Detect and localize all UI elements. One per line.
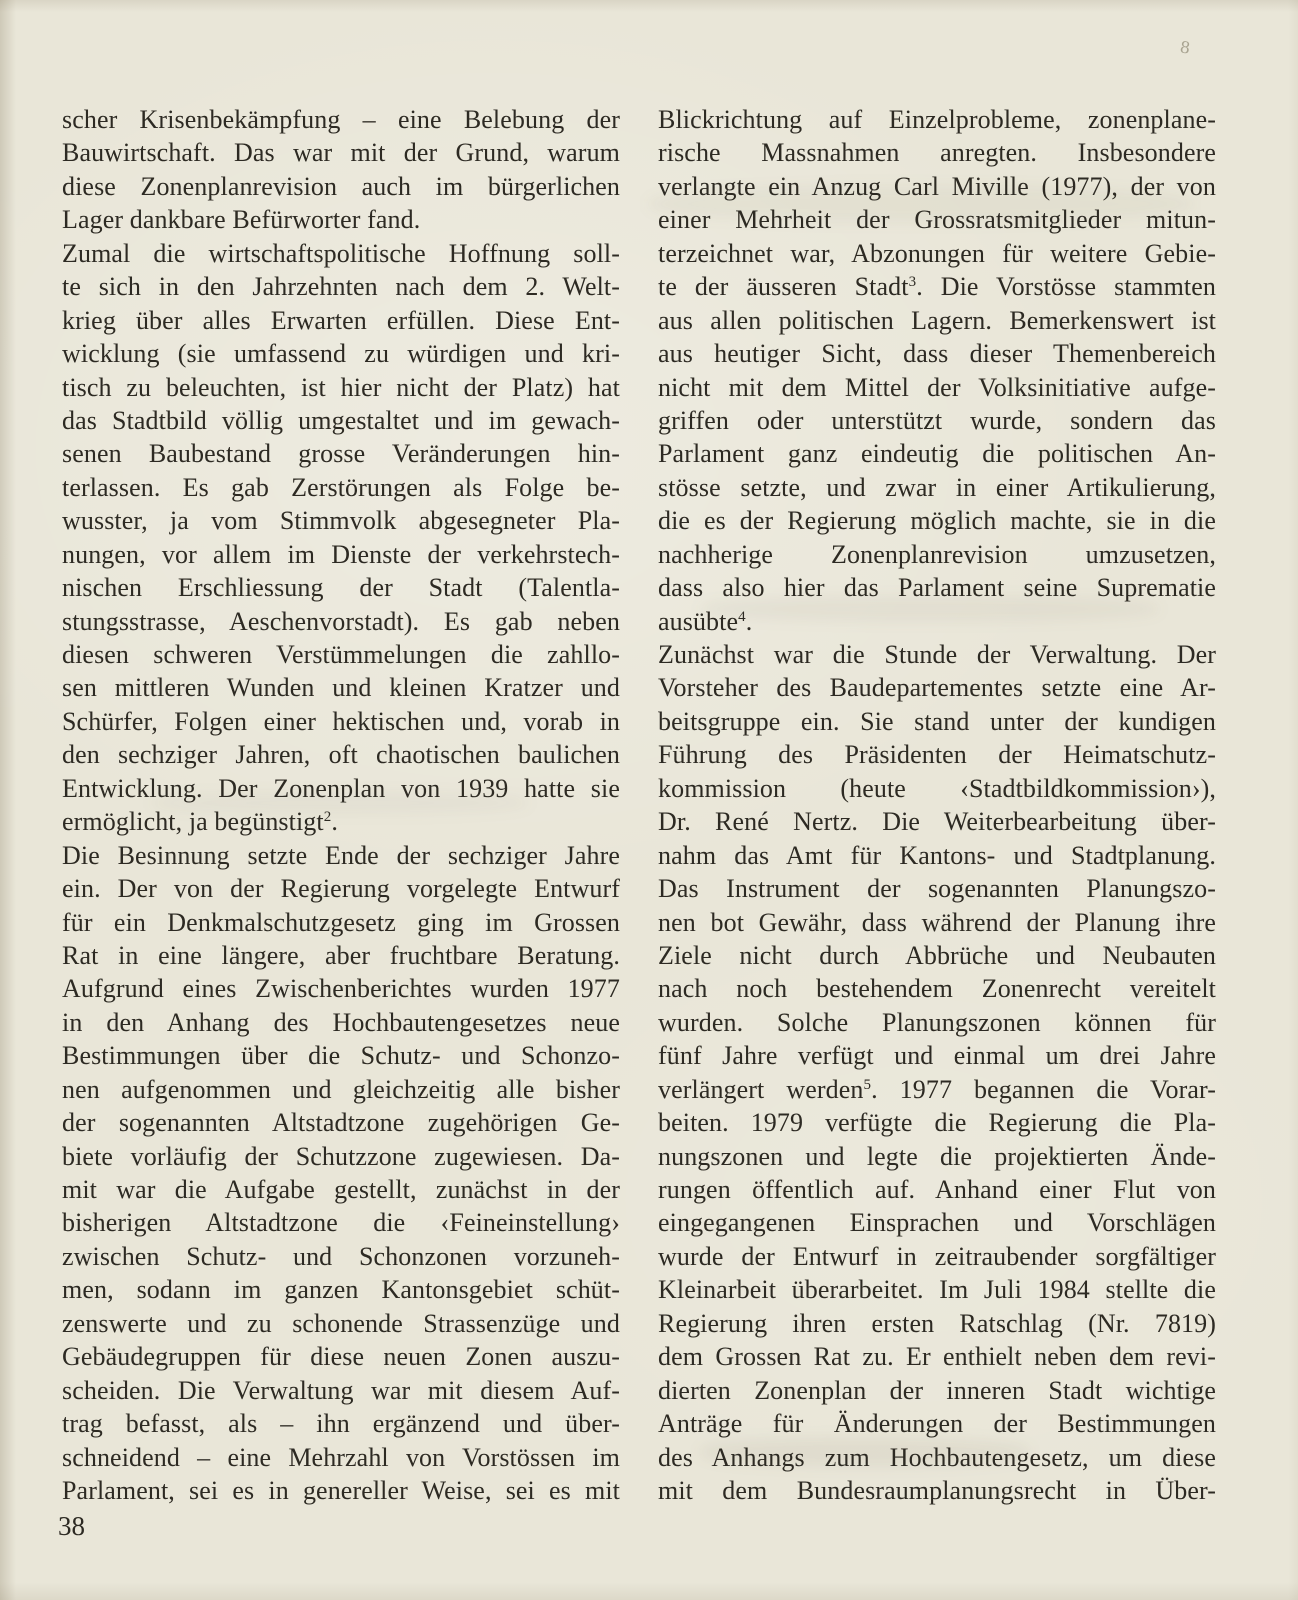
text-line: Gebäudegruppen für diese neuen Zonen aus…: [62, 1340, 620, 1373]
text-line: Entwicklung. Der Zonenplan von 1939 hatt…: [62, 772, 620, 805]
text-line: nungen, vor allem im Dienste der verkehr…: [62, 538, 620, 571]
text-line: schneidend – eine Mehrzahl von Vorstösse…: [62, 1441, 620, 1474]
footnote-marker: 2: [324, 809, 332, 825]
text-line: nahm das Amt für Kantons- und Stadtplanu…: [658, 839, 1216, 872]
text-line: Zumal die wirtschaftspolitische Hoffnung…: [62, 237, 620, 270]
text-line: aus allen politischen Lagern. Bemerkensw…: [658, 304, 1216, 337]
text-line: Bauwirtschaft. Das war mit der Grund, wa…: [62, 136, 620, 169]
text-line: Vorsteher des Baudepartementes setzte ei…: [658, 671, 1216, 704]
text-line: einer Mehrheit der Grossratsmitglieder m…: [658, 203, 1216, 236]
text-line: dem Grossen Rat zu. Er enthielt neben de…: [658, 1340, 1216, 1373]
text-column-left: scher Krisenbekämpfung – eine Belebung d…: [62, 103, 620, 1507]
text-line: Bestimmungen über die Schutz- und Schonz…: [62, 1039, 620, 1072]
text-line: fünf Jahre verfügt und einmal um drei Ja…: [658, 1039, 1216, 1072]
text-segment: . Die Vorstösse stammten: [916, 272, 1216, 301]
text-line: Kleinarbeit überarbeitet. Im Juli 1984 s…: [658, 1273, 1216, 1306]
text-line: Parlament ganz eindeutig die politischen…: [658, 437, 1216, 470]
text-line: griffen oder unterstützt wurde, sondern …: [658, 404, 1216, 437]
text-line: verlangte ein Anzug Carl Miville (1977),…: [658, 170, 1216, 203]
text-line: senen Baubestand grosse Veränderungen hi…: [62, 437, 620, 470]
text-line: Aufgrund eines Zwischenberichtes wurden …: [62, 972, 620, 1005]
text-line: kommission (heute ‹Stadtbildkommission›)…: [658, 772, 1216, 805]
text-line: wicklung (sie umfassend zu würdigen und …: [62, 337, 620, 370]
text-line: der sogenannten Altstadtzone zugehörigen…: [62, 1106, 620, 1139]
text-line: Parlament, sei es in genereller Weise, s…: [62, 1474, 620, 1507]
text-line: Führung des Präsidenten der Heimatschutz…: [658, 738, 1216, 771]
text-line: diesen schweren Verstümmelungen die zahl…: [62, 638, 620, 671]
text-line: biete vorläufig der Schutzzone zugewiese…: [62, 1140, 620, 1173]
text-line: trag befasst, als – ihn ergänzend und üb…: [62, 1407, 620, 1440]
text-line: terlassen. Es gab Zerstörungen als Folge…: [62, 471, 620, 504]
text-segment: ausübte: [658, 607, 738, 636]
text-line: den sechziger Jahren, oft chaotischen ba…: [62, 738, 620, 771]
text-line: scheiden. Die Verwaltung war mit diesem …: [62, 1374, 620, 1407]
text-line: rische Massnahmen anregten. Insbesondere: [658, 136, 1216, 169]
page-number: 38: [58, 1510, 85, 1543]
text-line: ausübte4.: [658, 605, 1216, 638]
text-line: nen bot Gewähr, dass während der Planung…: [658, 906, 1216, 939]
text-line: nach noch bestehendem Zonenrecht vereite…: [658, 972, 1216, 1005]
text-line: sen mittleren Wunden und kleinen Kratzer…: [62, 671, 620, 704]
text-line: nungszonen und legte die projektierten Ä…: [658, 1140, 1216, 1173]
text-line: die es der Regierung möglich machte, sie…: [658, 504, 1216, 537]
text-segment: . 1977 begannen die Vorar-: [871, 1075, 1216, 1104]
text-line: wurden. Solche Planungszonen können für: [658, 1006, 1216, 1039]
text-line: für ein Denkmalschutzgesetz ging im Gros…: [62, 906, 620, 939]
text-line: Regierung ihren ersten Ratschlag (Nr. 78…: [658, 1307, 1216, 1340]
footnote-marker: 5: [863, 1077, 871, 1093]
text-line: Blickrichtung auf Einzelprobleme, zonenp…: [658, 103, 1216, 136]
text-line: aus heutiger Sicht, dass dieser Themenbe…: [658, 337, 1216, 370]
text-line: Rat in eine längere, aber fruchtbare Ber…: [62, 939, 620, 972]
text-line: Zunächst war die Stunde der Verwaltung. …: [658, 638, 1216, 671]
text-line: Schürfer, Folgen einer hektischen und, v…: [62, 705, 620, 738]
text-line: dass also hier das Parlament seine Supre…: [658, 571, 1216, 604]
footnote-marker: 3: [909, 274, 917, 290]
text-line: Lager dankbare Befürworter fand.: [62, 203, 620, 236]
text-line: rungen öffentlich auf. Anhand einer Flut…: [658, 1173, 1216, 1206]
text-segment: ermöglicht, ja begünstigt: [62, 807, 324, 836]
text-line: Anträge für Änderungen der Bestimmungen: [658, 1407, 1216, 1440]
text-line: bisherigen Altstadtzone die ‹Feineinstel…: [62, 1206, 620, 1239]
text-column-right: Blickrichtung auf Einzelprobleme, zonenp…: [658, 103, 1216, 1507]
text-line: Das Instrument der sogenannten Planungsz…: [658, 872, 1216, 905]
text-line: stösse setzte, und zwar in einer Artikul…: [658, 471, 1216, 504]
text-block: scher Krisenbekämpfung – eine Belebung d…: [62, 103, 1216, 1507]
margin-pen-mark: 8: [1179, 37, 1192, 57]
text-line: te der äusseren Stadt3. Die Vorstösse st…: [658, 270, 1216, 303]
text-line: wurde der Entwurf in zeitraubender sorgf…: [658, 1240, 1216, 1273]
text-line: dierten Zonenplan der inneren Stadt wich…: [658, 1374, 1216, 1407]
text-line: zwischen Schutz- und Schonzonen vorzuneh…: [62, 1240, 620, 1273]
text-line: nen aufgenommen und gleichzeitig alle bi…: [62, 1073, 620, 1106]
text-line: des Anhangs zum Hochbautengesetz, um die…: [658, 1441, 1216, 1474]
text-line: Die Besinnung setzte Ende der sechziger …: [62, 839, 620, 872]
text-line: beitsgruppe ein. Sie stand unter der kun…: [658, 705, 1216, 738]
text-line: ein. Der von der Regierung vorgelegte En…: [62, 872, 620, 905]
text-line: scher Krisenbekämpfung – eine Belebung d…: [62, 103, 620, 136]
text-line: verlängert werden5. 1977 begannen die Vo…: [658, 1073, 1216, 1106]
text-line: Ziele nicht durch Abbrüche und Neubauten: [658, 939, 1216, 972]
text-line: diese Zonenplanrevision auch im bürgerli…: [62, 170, 620, 203]
text-line: ermöglicht, ja begünstigt2.: [62, 805, 620, 838]
text-line: nischen Erschliessung der Stadt (Talentl…: [62, 571, 620, 604]
text-line: eingegangenen Einsprachen und Vorschläge…: [658, 1206, 1216, 1239]
text-segment: .: [746, 607, 753, 636]
text-line: te sich in den Jahrzehnten nach dem 2. W…: [62, 270, 620, 303]
text-line: Dr. René Nertz. Die Weiterbearbeitung üb…: [658, 805, 1216, 838]
text-line: tisch zu beleuchten, ist hier nicht der …: [62, 371, 620, 404]
text-line: men, sodann im ganzen Kantonsgebiet schü…: [62, 1273, 620, 1306]
text-line: nachherige Zonenplanrevision umzusetzen,: [658, 538, 1216, 571]
text-line: das Stadtbild völlig umgestaltet und im …: [62, 404, 620, 437]
text-line: krieg über alles Erwarten erfüllen. Dies…: [62, 304, 620, 337]
page: 8 scher Krisenbekämpfung – eine Belebung…: [0, 0, 1298, 1600]
text-line: terzeichnet war, Abzonungen für weitere …: [658, 237, 1216, 270]
text-segment: te der äusseren Stadt: [658, 272, 909, 301]
text-line: stungsstrasse, Aeschenvorstadt). Es gab …: [62, 605, 620, 638]
text-line: mit war die Aufgabe gestellt, zunächst i…: [62, 1173, 620, 1206]
text-segment: Lager dankbare Befürworter fand.: [62, 205, 420, 234]
text-line: in den Anhang des Hochbautengesetzes neu…: [62, 1006, 620, 1039]
footnote-marker: 4: [738, 609, 746, 625]
text-segment: .: [331, 807, 338, 836]
text-line: mit dem Bundesraumplanungsrecht in Über-: [658, 1474, 1216, 1507]
text-line: wusster, ja vom Stimmvolk abgesegneter P…: [62, 504, 620, 537]
text-line: beiten. 1979 verfügte die Regierung die …: [658, 1106, 1216, 1139]
text-line: nicht mit dem Mittel der Volksinitiative…: [658, 371, 1216, 404]
text-line: zenswerte und zu schonende Strassenzüge …: [62, 1307, 620, 1340]
text-segment: verlängert werden: [658, 1075, 863, 1104]
